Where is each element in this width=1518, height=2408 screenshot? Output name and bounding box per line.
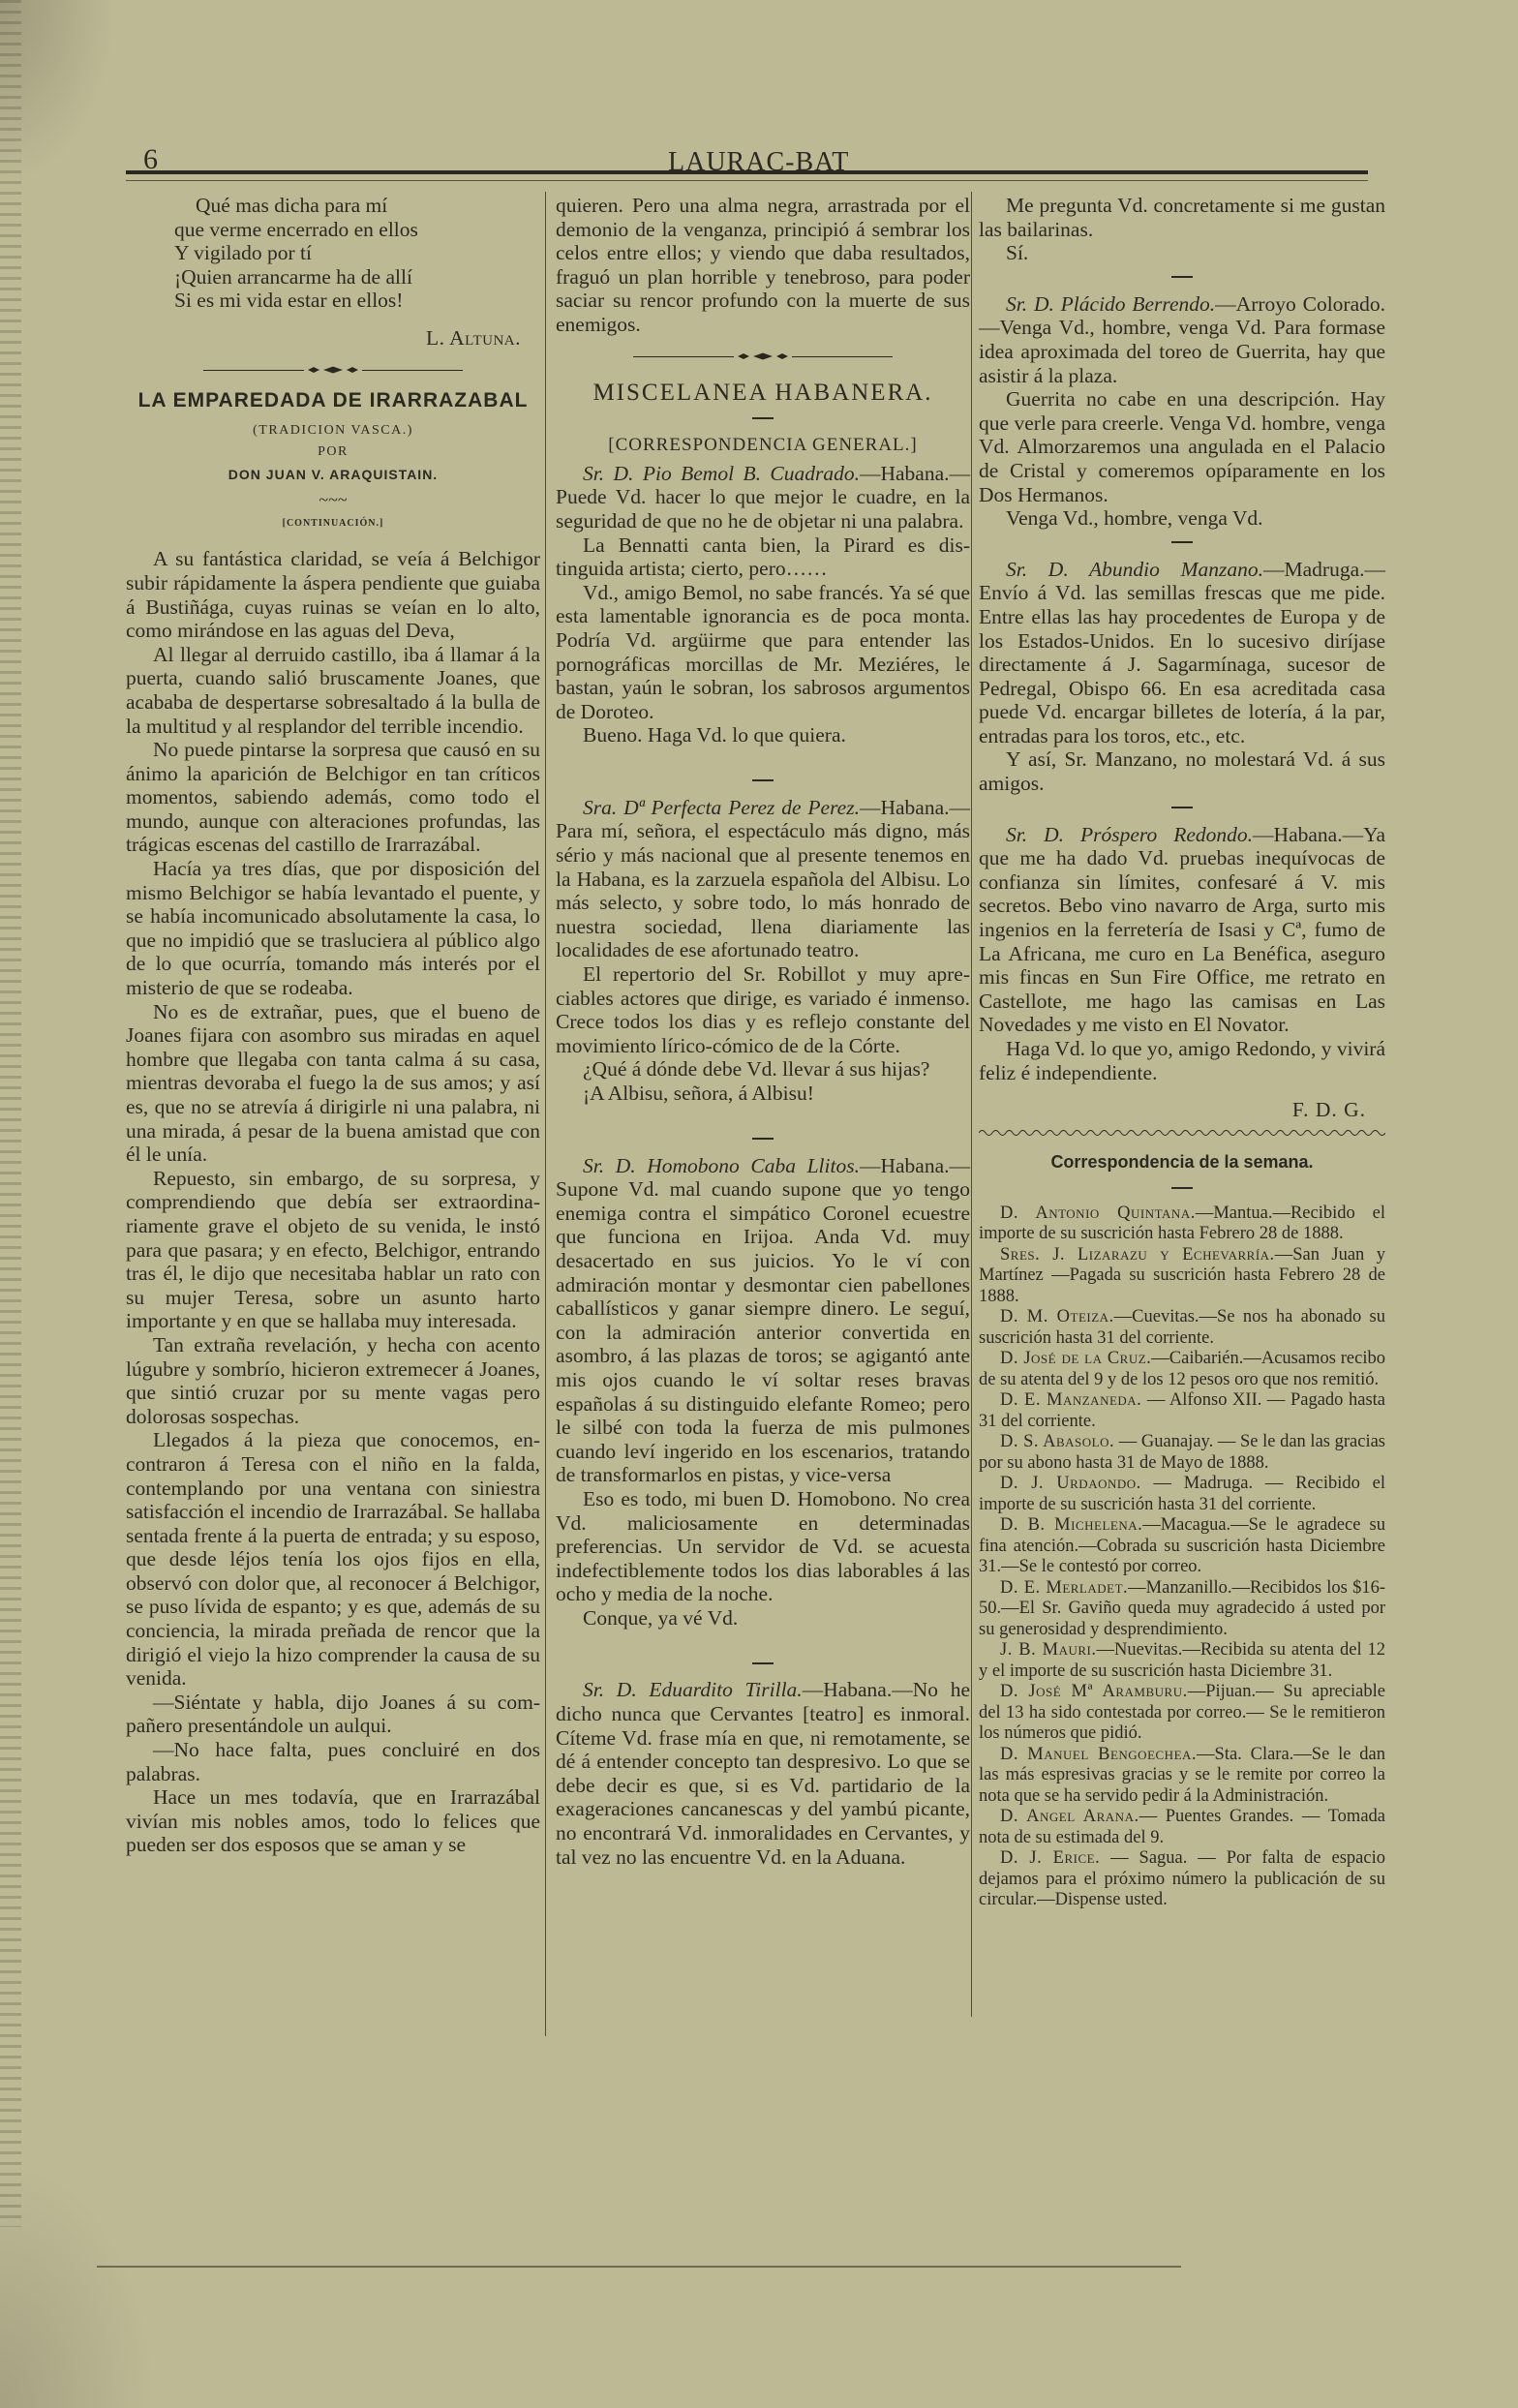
story-paragraph: Al llegar al derruido castillo, iba á ll… xyxy=(126,643,540,738)
ornament-divider xyxy=(556,351,970,364)
dash-divider xyxy=(979,267,1385,283)
wavy-divider-icon xyxy=(979,1128,1385,1138)
ornament-icon xyxy=(304,365,362,375)
dash-divider xyxy=(979,1178,1385,1194)
correspondent-name: D. M. Oteiza. xyxy=(1000,1307,1114,1326)
column-divider xyxy=(545,192,546,2036)
correspondence-item: D. J. Erice. — Sagua. — Por falta de esp… xyxy=(979,1848,1385,1911)
letter-addressee: Sr. D. Abundio Manzano. xyxy=(1006,558,1263,581)
poem: Qué mas dicha para mí que verme encerrad… xyxy=(126,194,540,313)
letter-paragraph: ¡A Albisu, señora, á Albisu! xyxy=(556,1082,970,1106)
letter-paragraph: Me pregunta Vd. concretamente si me gust… xyxy=(979,194,1385,241)
correspondence-item: Sres. J. Lizarazu y Echevarría.—San Juan… xyxy=(979,1245,1385,1308)
letter-addressee: Sr. D. Eduardito Tirilla. xyxy=(583,1678,803,1701)
letter-paragraph: Envío á Vd. las semillas frescas que me … xyxy=(979,581,1385,747)
letter-place: —Haba­na.— xyxy=(860,1154,970,1177)
correspondence-item: D. M. Oteiza.—Cuevitas.—Se nos ha abona­… xyxy=(979,1307,1385,1349)
letter-paragraph: No he dicho nunca que Cervantes [teatro]… xyxy=(556,1678,970,1868)
poem-line: ¡Quien arrancarme ha de allí xyxy=(174,265,540,290)
dash-divider xyxy=(979,533,1385,548)
letter-heading: Sr. D. Próspero Redondo.—Habana.—Ya que … xyxy=(979,823,1385,1037)
story-paragraph: Tan extraña revelación, y hecha con acen… xyxy=(126,1333,540,1428)
correspondent-name: D. José Mª Aramburu. xyxy=(1000,1682,1188,1701)
correspondence-item: D. E. Merladet.—Manzanillo.—Recibidos lo… xyxy=(979,1578,1385,1641)
letter-paragraph: Eso es todo, mi buen D. Homobono. No cre… xyxy=(556,1487,970,1606)
story-paragraph: No es de extrañar, pues, que el bueno de… xyxy=(126,1000,540,1167)
letter-place: —Ha­bana.— xyxy=(860,462,970,485)
letter-paragraph: Para mí, señora, el espectáculo más dign… xyxy=(556,819,970,961)
section-subtitle: [CORRESPONDENCIA GENERAL.] xyxy=(556,434,970,458)
dash-divider xyxy=(556,1129,970,1144)
correspondence-item: D. Manuel Bengoechea.—Sta. Clara.—Se le … xyxy=(979,1745,1385,1808)
correspondence-item: D. Antonio Quintana.—Mantua.—Recibido el… xyxy=(979,1204,1385,1245)
story-paragraph: Hacía ya tres días, que por disposición … xyxy=(126,857,540,1000)
letter-place: —Habana.— xyxy=(803,1678,913,1701)
story-author: DON JUAN V. ARAQUISTAIN. xyxy=(126,463,540,487)
letter-heading: Sr. D. Homobono Caba Llitos.—Haba­na.—Su… xyxy=(556,1154,970,1487)
story-paragraph: Repuesto, sin embargo, de su sorpresa, y… xyxy=(126,1167,540,1333)
correspondence-item: D. S. Abasolo. — Guanajay. — Se le dan l… xyxy=(979,1432,1385,1474)
header-rule-thin xyxy=(126,180,1368,181)
letter-paragraph: Conque, ya vé Vd. xyxy=(556,1606,970,1631)
letter-paragraph: Supone Vd. mal cuando supone que yo teng… xyxy=(556,1177,970,1486)
page-bottom-rule xyxy=(97,2266,1181,2268)
letter-heading: Sr. D. Abundio Manzano.—Madruga.—Envío á… xyxy=(979,558,1385,748)
letter-heading: Sr. D. Plácido Berrendo.—Arroyo Co­lorad… xyxy=(979,292,1385,387)
letter-place: —Habana.— xyxy=(1253,823,1363,846)
letter-addressee: Sr. D. Plácido Berrendo. xyxy=(1006,292,1215,316)
correspondent-name: D. Antonio Quintana. xyxy=(1000,1204,1196,1223)
page-edge-wear xyxy=(0,0,21,2227)
letter-paragraph: Bueno. Haga Vd. lo que quiera. xyxy=(556,723,970,747)
letter-addressee: Sr. D. Próspero Redondo. xyxy=(1006,823,1253,846)
letter-paragraph: Vd., amigo Bemol, no sabe francés. Ya sé… xyxy=(556,581,970,724)
letter-addressee: Sra. Dª Perfecta Perez de Perez. xyxy=(583,796,860,819)
letter-paragraph: Venga Vd., hombre, venga Vd. Para formas… xyxy=(979,316,1385,386)
correspondent-name: D. José de la Cruz. xyxy=(1000,1349,1151,1368)
dash-divider xyxy=(556,1653,970,1668)
letter-place: —Ha­bana.— xyxy=(860,796,970,819)
correspondent-name: D. E. Manzaneda. xyxy=(1000,1390,1141,1410)
letter-addressee: Sr. D. Pio Bemol B. Cuadrado. xyxy=(583,462,860,485)
letter-paragraph: Haga Vd. lo que yo, amigo Redondo, y viv… xyxy=(979,1037,1385,1084)
letter-paragraph: El repertorio del Sr. Robillot y muy apr… xyxy=(556,962,970,1057)
letter-paragraph: Guerrita no cabe en una descripción. Hay… xyxy=(979,387,1385,506)
poem-signature: L. Altuna. xyxy=(126,326,540,351)
column-2: quieren. Pero una alma negra, arrastrada… xyxy=(556,194,970,1869)
correspondent-name: D. Angel Arana. xyxy=(1000,1807,1139,1826)
story-paragraph: No puede pintarse la sorpresa que causó … xyxy=(126,738,540,857)
correspondence-item: J. B. Mauri.—Nuevitas.—Recibida su atent… xyxy=(979,1640,1385,1682)
correspondent-name: D. B. Michelena. xyxy=(1000,1515,1142,1535)
ornament-icon xyxy=(734,351,792,361)
correspondent-name: D. E. Merladet. xyxy=(1000,1578,1128,1598)
story-paragraph: —No hace falta, pues concluiré en dos pa… xyxy=(126,1738,540,1785)
squiggle-divider: ~~~ xyxy=(126,493,540,506)
correspondence-item: D. B. Michelena.—Macagua.—Se le agrade­c… xyxy=(979,1515,1385,1578)
correspondent-name: D. S. Abasolo. xyxy=(1000,1432,1114,1451)
correspondent-name: D. Manuel Bengoechea. xyxy=(1000,1745,1197,1764)
letter-paragraph: Ya que me ha dado Vd. pruebas inequívo­c… xyxy=(979,823,1385,1037)
story-paragraph: —Siéntate y habla, dijo Joanes á su com­… xyxy=(126,1691,540,1738)
dash-divider xyxy=(979,798,1385,813)
correspondence-item: D. E. Manzaneda. — Alfonso XII. — Pagado… xyxy=(979,1390,1385,1432)
correspondence-item: D. J. Urdaondo. — Madruga. — Recibido el… xyxy=(979,1474,1385,1515)
story-subtitle: (TRADICION VASCA.) xyxy=(126,420,540,442)
correspondent-name: Sres. J. Lizarazu y Echevarría. xyxy=(1000,1245,1275,1265)
correspondent-name: D. J. Urdaondo. xyxy=(1000,1474,1141,1493)
letter-heading: Sr. D. Pio Bemol B. Cuadrado.—Ha­bana.—P… xyxy=(556,462,970,533)
header-rule-thick xyxy=(126,170,1368,174)
story-paragraph: A su fantástica claridad, se veía á Bel­… xyxy=(126,547,540,642)
letter-paragraph: Puede Vd. hacer lo que mejor le cuadre, … xyxy=(556,485,970,533)
poem-line: Y vigilado por tí xyxy=(174,241,540,265)
section-signature: F. D. G. xyxy=(979,1098,1385,1122)
column-divider xyxy=(971,192,972,2017)
correspondence-item: D. Angel Arana.— Puentes Grandes. — To­m… xyxy=(979,1807,1385,1848)
letter-heading: Sr. D. Eduardito Tirilla.—Habana.—No he … xyxy=(556,1678,970,1869)
letter-paragraph: Venga Vd., hombre, venga Vd. xyxy=(979,506,1385,531)
correspondent-name: D. J. Erice. xyxy=(1000,1848,1100,1868)
correspondence-item: D. José de la Cruz.—Caibarién.—Acusamos … xyxy=(979,1349,1385,1390)
correspondence-item: D. José Mª Aramburu.—Pijuan.— Su apre­ci… xyxy=(979,1682,1385,1745)
column-3: Me pregunta Vd. concretamente si me gust… xyxy=(979,194,1385,1911)
continuation-label: [CONTINUACIÓN.] xyxy=(126,512,540,536)
story-paragraph: Llegados á la pieza que conocemos, en­co… xyxy=(126,1428,540,1691)
section-title: MISCELANEA HABANERA. xyxy=(556,381,970,406)
letter-paragraph: Sí. xyxy=(979,241,1385,265)
dash-divider xyxy=(556,409,970,424)
ornament-divider xyxy=(126,364,540,378)
poem-line: Si es mi vida estar en ellos! xyxy=(174,289,540,313)
letter-paragraph: ¿Qué á dónde debe Vd. llevar á sus hi­ja… xyxy=(556,1057,970,1082)
story-paragraph: Hace un mes todavía, que en Irarrazábal … xyxy=(126,1785,540,1857)
newspaper-page: 6 LAURAC-BAT Qué mas dicha para mí que v… xyxy=(0,0,1518,2408)
poem-line: que verme encerrado en ellos xyxy=(174,218,540,242)
story-by: POR xyxy=(126,442,540,463)
poem-line: Qué mas dicha para mí xyxy=(174,194,540,218)
letter-heading: Sra. Dª Perfecta Perez de Perez.—Ha­bana… xyxy=(556,796,970,962)
letter-paragraph: Y así, Sr. Manzano, no molestará Vd. á s… xyxy=(979,747,1385,795)
column-1: Qué mas dicha para mí que verme encerrad… xyxy=(126,194,540,1857)
letter-addressee: Sr. D. Homobono Caba Llitos. xyxy=(583,1154,860,1177)
story-continued-paragraph: quieren. Pero una alma negra, arrastrada… xyxy=(556,194,970,337)
correspondence-list: D. Antonio Quintana.—Mantua.—Recibido el… xyxy=(979,1204,1385,1911)
story-title: LA EMPAREDADA DE IRARRAZABAL xyxy=(126,389,540,413)
correspondence-title: Correspondencia de la semana. xyxy=(979,1150,1385,1174)
correspondent-name: J. B. Mauri. xyxy=(1000,1640,1096,1660)
letter-paragraph: La Bennatti canta bien, la Pirard es dis… xyxy=(556,533,970,581)
dash-divider xyxy=(556,771,970,786)
letter-place: —Madruga.— xyxy=(1263,558,1385,581)
